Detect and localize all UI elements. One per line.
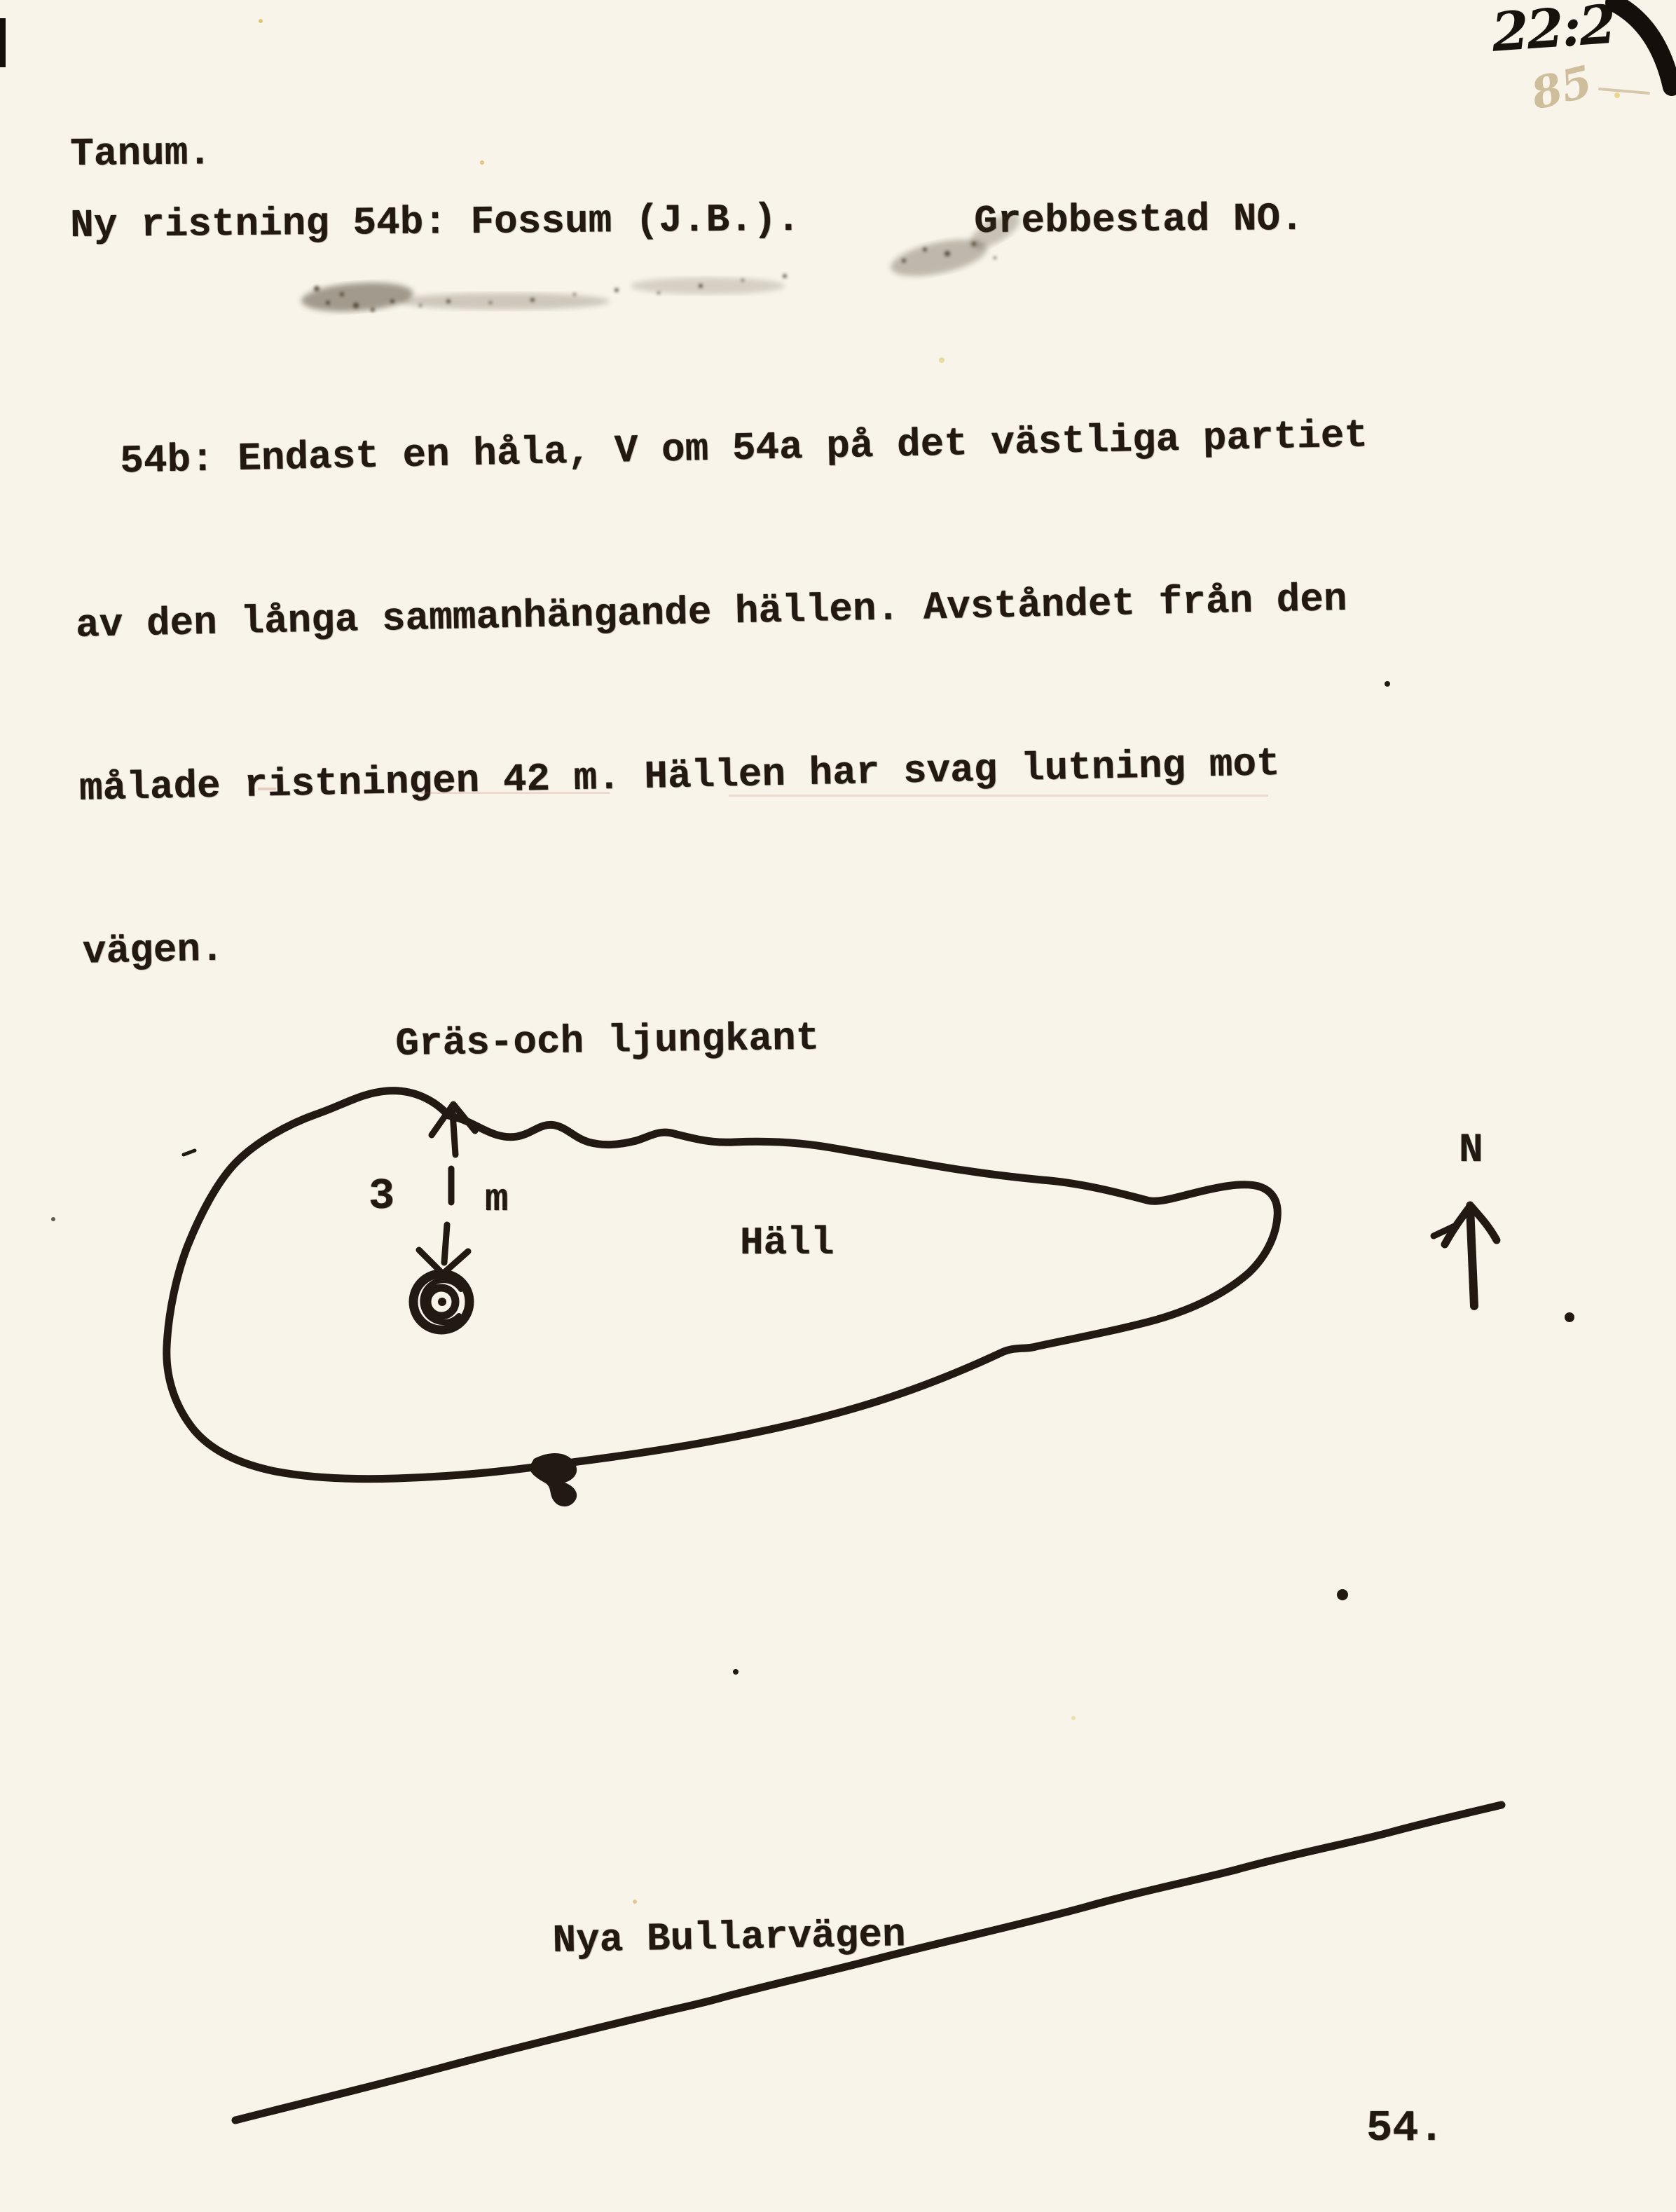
- arrow-up-shaft: [453, 1113, 455, 1155]
- ink-specks: [51, 89, 1649, 1675]
- north-arrow: [1434, 1205, 1497, 1306]
- scanned-document-page: 22:2 85 Tanum. Ny ristning 54b: Fossum (…: [0, 0, 1676, 2212]
- ink-blob-mark: [530, 1453, 577, 1506]
- ink-smudge: [301, 207, 1025, 315]
- scan-edge-mark: [0, 18, 6, 67]
- scan-corner-curl: [1614, 3, 1672, 87]
- rock-outline: [167, 1091, 1277, 1479]
- sketch-ink-layer: [0, 0, 1676, 2212]
- cup-mark: [413, 1274, 469, 1330]
- faint-scratches: [258, 788, 1268, 797]
- measure-arrow: [419, 1104, 475, 1274]
- arrow-down-shaft: [444, 1225, 447, 1263]
- road-line: [235, 1805, 1502, 2120]
